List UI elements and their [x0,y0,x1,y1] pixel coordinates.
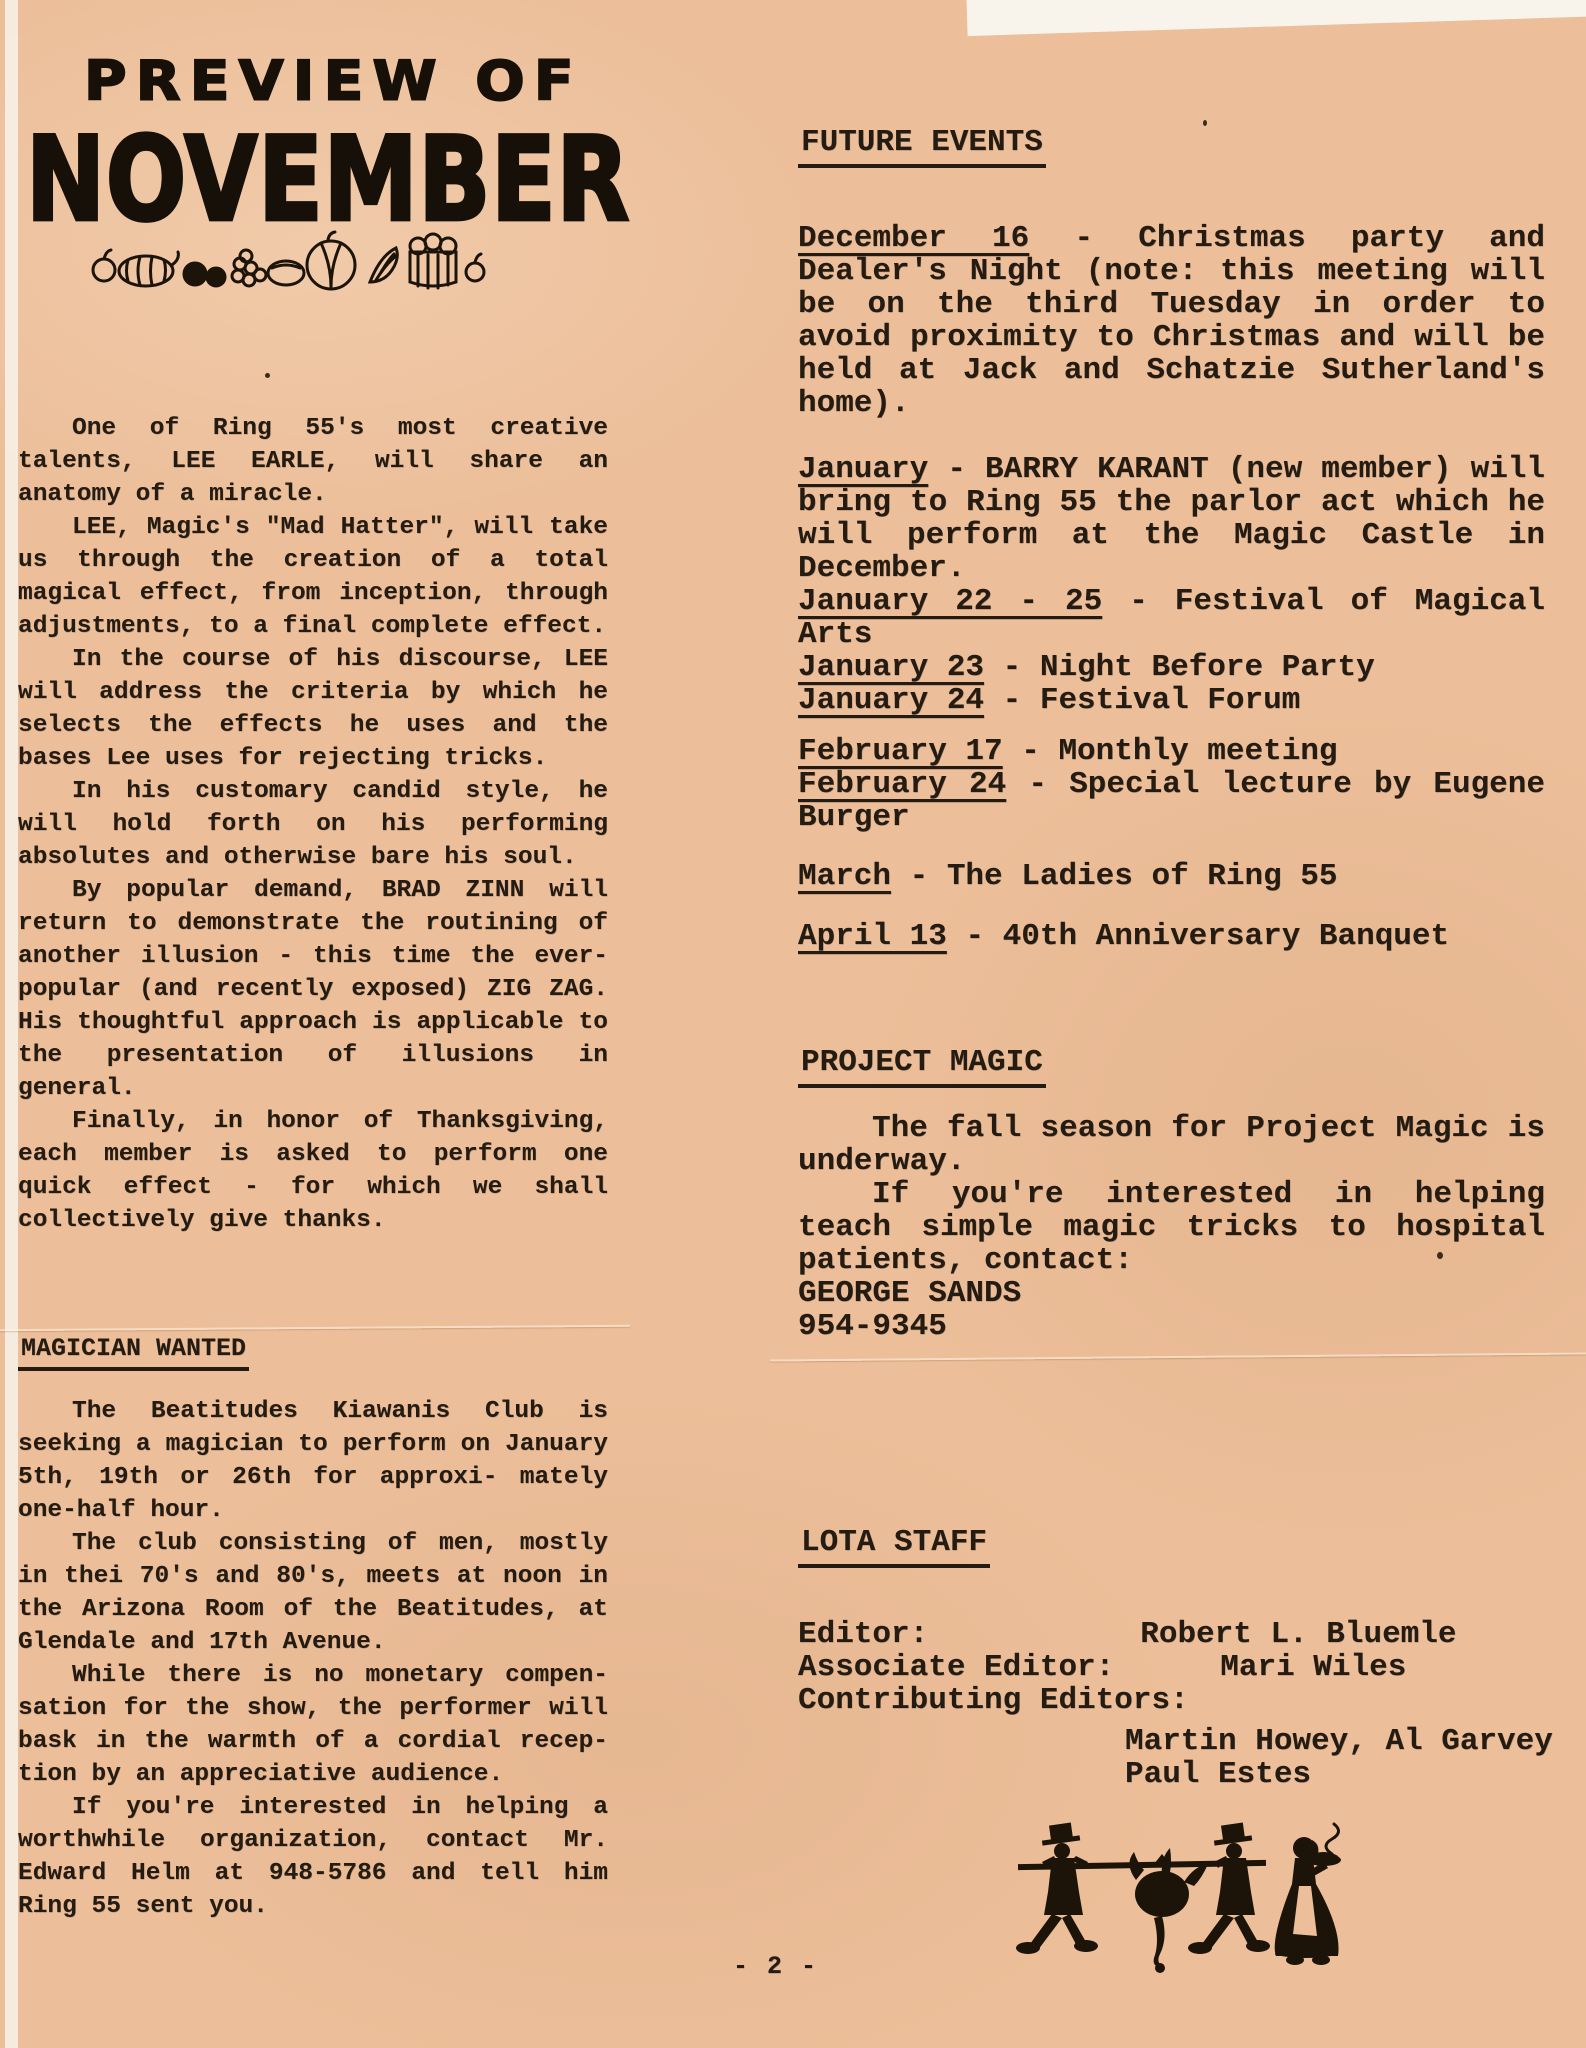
event-item: January 22 - 25 - Festival of Magical Ar… [798,585,1545,651]
harvest-cornucopia-icon [88,190,488,292]
event-item: December 16 - Christmas party and Dealer… [798,222,1545,420]
staff-value: Robert L. Bluemle [1140,1618,1456,1651]
staff-label: Associate Editor: [798,1651,1114,1684]
event-text: - Festival Forum [1003,683,1301,718]
event-text: - 40th Anniversary Banquet [965,919,1449,954]
event-item: January - BARRY KARANT (new member) will… [798,453,1545,585]
scan-edge-top-right [966,0,1586,36]
event-item: February 17 - Monthly meeting [798,735,1545,768]
intro-paragraph: Finally, in honor of Thanksgiving, each … [18,1105,608,1237]
paper-crease-left [0,1325,630,1331]
staff-label: Editor: [798,1618,928,1651]
event-text: - Night Before Party [1003,650,1375,685]
magician-wanted-heading: MAGICIAN WANTED [18,1335,249,1371]
future-events-heading: FUTURE EVENTS [798,126,1046,168]
magician-wanted-section: MAGICIAN WANTED The Beatitudes Kiawanis … [18,1333,608,1923]
event-date: December 16 [798,221,1029,256]
intro-paragraph: One of Ring 55's most creative talents, … [18,412,608,511]
lota-staff-heading: LOTA STAFF [798,1526,990,1568]
intro-paragraph: LEE, Magic's "Mad Hatter", will take us … [18,511,608,643]
scan-edge-left [5,0,18,2048]
masthead-preview-of: PREVIEW OF [84,50,583,113]
event-date: January 22 - 25 [798,584,1102,619]
project-magic-heading: PROJECT MAGIC [798,1046,1046,1088]
contact-name: GEORGE SANDS [798,1277,1545,1310]
staff-row: Editor:Robert L. Bluemle [798,1618,1562,1651]
magician-wanted-paragraph: The Beatitudes Kiawanis Club is seeking … [18,1395,608,1527]
magician-wanted-paragraph: While there is no monetary compen- satio… [18,1659,608,1791]
project-magic-section: PROJECT MAGIC The fall season for Projec… [798,1046,1545,1343]
event-item: March - The Ladies of Ring 55 [798,860,1545,893]
event-date: February 17 [798,734,1003,769]
event-item: January 23 - Night Before Party [798,651,1545,684]
event-item: February 24 - Special lecture by Eugene … [798,768,1545,834]
lota-staff-section: LOTA STAFF Editor:Robert L. Bluemle Asso… [798,1526,1562,1791]
future-events-section: FUTURE EVENTS December 16 - Christmas pa… [798,126,1545,953]
ink-speck [265,373,270,378]
staff-contributor: Paul Estes [798,1758,1562,1791]
paper-crease-right [770,1352,1586,1361]
preview-article: One of Ring 55's most creative talents, … [18,412,608,1237]
staff-row: Contributing Editors: [798,1684,1562,1717]
staff-row: Associate Editor:Mari Wiles [798,1651,1562,1684]
staff-contributor: Martin Howey, Al Garvey [798,1725,1562,1758]
staff-label: Contributing Editors: [798,1684,1189,1717]
page-number: - 2 - [733,1952,818,1981]
event-date: March [798,859,891,894]
event-text: - The Ladies of Ring 55 [910,859,1338,894]
event-item: January 24 - Festival Forum [798,684,1545,717]
event-date: April 13 [798,919,947,954]
magician-wanted-paragraph: The club consisting of men, mostly in th… [18,1527,608,1659]
event-item: April 13 - 40th Anniversary Banquet [798,920,1545,953]
newsletter-page: { "masthead": { "line1": "PREVIEW OF", "… [0,0,1586,2048]
event-date: January 24 [798,683,984,718]
event-date: January [798,452,928,487]
event-date: January 23 [798,650,984,685]
intro-paragraph: In his customary candid style, he will h… [18,775,608,874]
intro-paragraph: In the course of his discourse, LEE will… [18,643,608,775]
project-magic-paragraph: If you're interested in helping teach si… [798,1178,1545,1277]
event-text: - Monthly meeting [1021,734,1337,769]
project-magic-paragraph: The fall season for Project Magic is und… [798,1112,1545,1178]
pilgrims-turkey-procession-icon [1012,1818,1352,2003]
magician-wanted-paragraph: If you're interested in helping a worthw… [18,1791,608,1923]
staff-value: Mari Wiles [1220,1651,1406,1684]
intro-paragraph: By popular demand, BRAD ZINN will return… [18,874,608,1105]
contact-phone: 954-9345 [798,1310,1545,1343]
event-date: February 24 [798,767,1006,802]
